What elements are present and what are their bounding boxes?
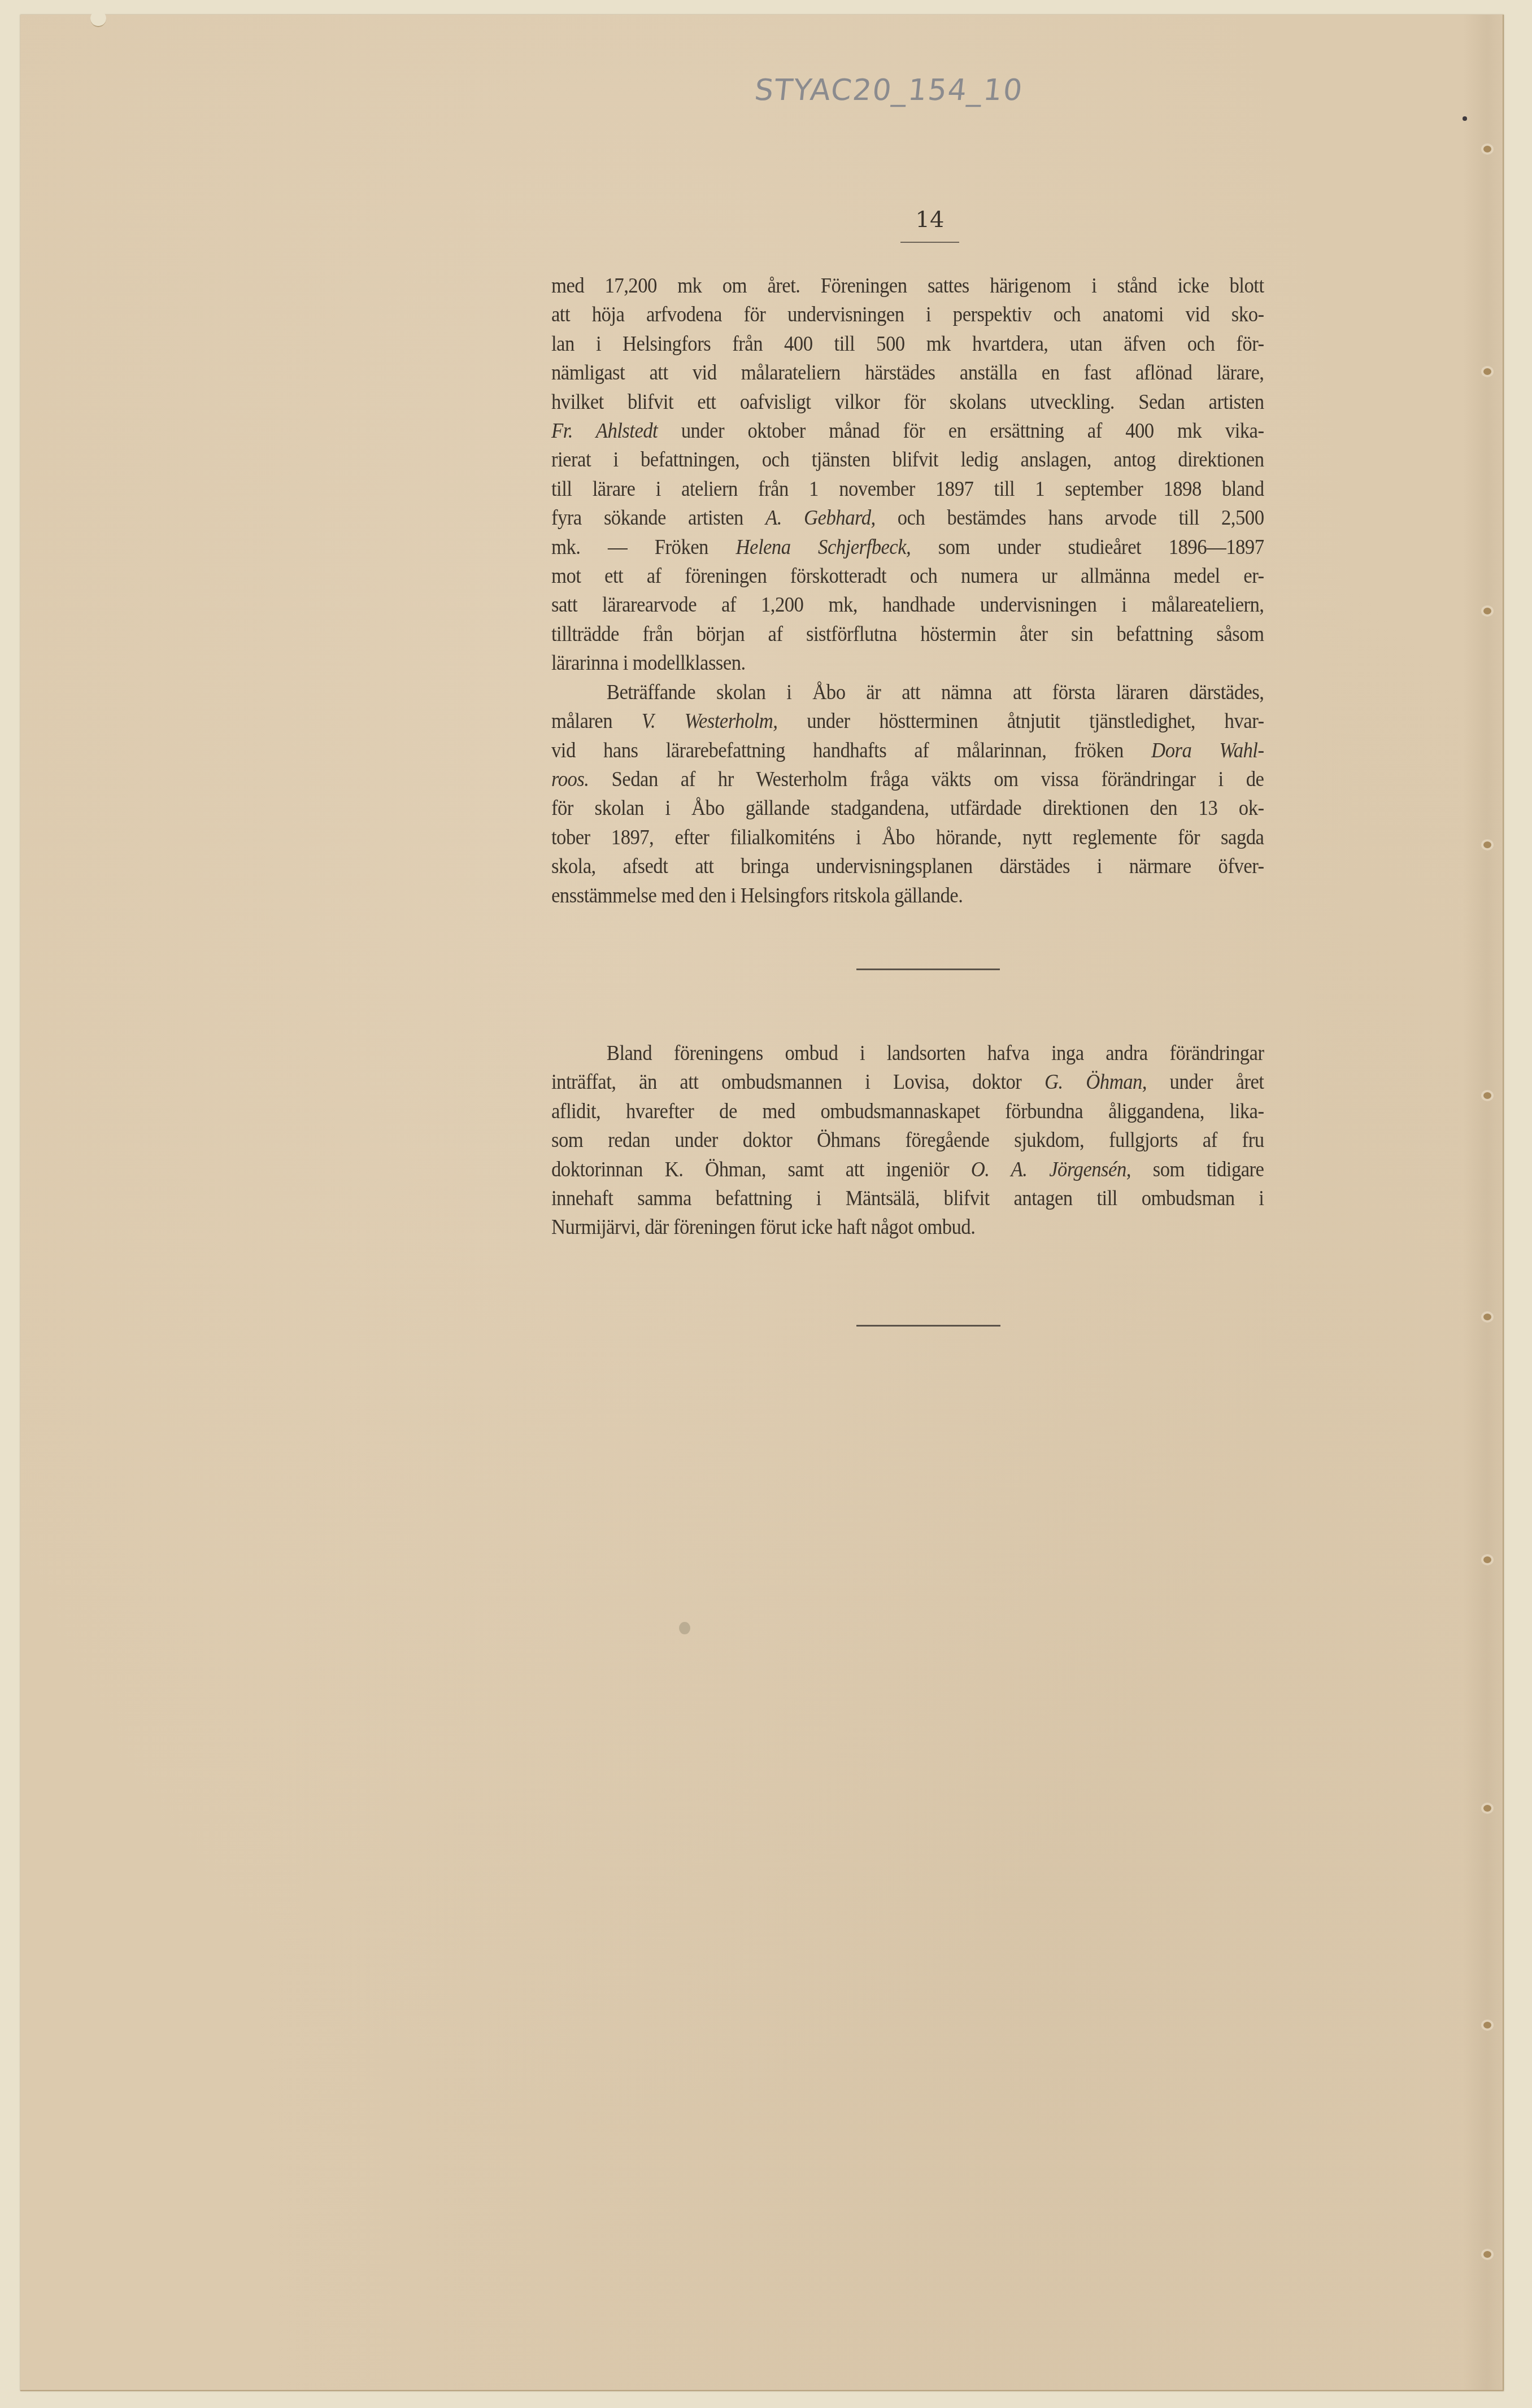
- text-run: att höja arfvodena för undervisningen i …: [551, 303, 1264, 326]
- stitch-hole: [1483, 1092, 1491, 1099]
- text-run: under oktober månad för en ersättning af…: [658, 420, 1264, 443]
- text-run: till lärare i ateliern från 1 november 1…: [551, 478, 1264, 501]
- paper-stain-spot: [679, 1622, 690, 1634]
- text-section-representatives: Bland föreningens ombud i landsorten haf…: [551, 1039, 1264, 1242]
- text-run: nämligast att vid målarateliern härstäde…: [551, 361, 1264, 385]
- top-edge-tear: [90, 10, 106, 27]
- text-run: satt lärarearvode af 1,200 mk, handhade …: [551, 594, 1264, 617]
- text-line: tober 1897, efter filialkomiténs i Åbo h…: [551, 823, 1264, 852]
- stitch-hole: [1483, 2022, 1491, 2029]
- text-line: med 17,200 mk om året. Föreningen sattes…: [551, 272, 1264, 300]
- ink-dot: [1463, 116, 1467, 121]
- text-line: vid hans lärarebefattning handhafts af m…: [551, 736, 1264, 765]
- text-line: mot ett af föreningen förskotteradt och …: [551, 562, 1264, 591]
- text-line: innehaft samma befattning i Mäntsälä, bl…: [551, 1184, 1264, 1213]
- text-line: Bland föreningens ombud i landsorten haf…: [551, 1039, 1264, 1068]
- stitch-hole: [1483, 1805, 1491, 1812]
- text-run: vid hans lärarebefattning handhafts af m…: [551, 739, 1151, 762]
- stitch-hole: [1483, 2251, 1491, 2258]
- text-section-schools: med 17,200 mk om året. Föreningen sattes…: [551, 272, 1264, 910]
- text-run: Nurmijärvi, där föreningen förut icke ha…: [551, 1216, 975, 1239]
- text-line: ensstämmelse med den i Helsingfors ritsk…: [551, 882, 1264, 910]
- text-line: satt lärarearvode af 1,200 mk, handhade …: [551, 591, 1264, 620]
- archive-reference-mark: STYAC20_154_10: [753, 73, 1025, 107]
- text-run: lärarinna i modellklassen.: [551, 652, 746, 675]
- text-run: lan i Helsingfors från 400 till 500 mk h…: [551, 333, 1264, 356]
- text-run: skola, afsedt att bringa undervisningspl…: [551, 855, 1264, 878]
- text-line: som redan under doktor Öhmans föregående…: [551, 1126, 1264, 1155]
- text-line: fyra sökande artisten A. Gebhard, och be…: [551, 504, 1264, 533]
- text-line: rierat i befattningen, och tjänsten blif…: [551, 446, 1264, 474]
- text-run: innehaft samma befattning i Mäntsälä, bl…: [551, 1187, 1264, 1210]
- text-line: lan i Helsingfors från 400 till 500 mk h…: [551, 330, 1264, 359]
- italic-name-run: G. Öhman,: [1044, 1071, 1147, 1094]
- italic-name-run: A. Gebhard,: [765, 507, 876, 530]
- text-run: med 17,200 mk om året. Föreningen sattes…: [551, 274, 1264, 298]
- text-run: doktorinnan K. Öhman, samt att ingeniör: [551, 1158, 971, 1181]
- text-line: lärarinna i modellklassen.: [551, 649, 1264, 678]
- text-line: skola, afsedt att bringa undervisningspl…: [551, 852, 1264, 881]
- text-run: under året: [1147, 1071, 1264, 1094]
- text-run: under höstterminen åtnjutit tjänstledigh…: [778, 710, 1264, 733]
- text-run: mk. — Fröken: [551, 536, 735, 559]
- text-run: hvilket blifvit ett oafvisligt vilkor fö…: [551, 391, 1264, 414]
- text-line: Beträffande skolan i Åbo är att nämna at…: [551, 678, 1264, 707]
- text-line: att höja arfvodena för undervisningen i …: [551, 300, 1264, 329]
- text-line: mk. — Fröken Helena Schjerfbeck, som und…: [551, 533, 1264, 562]
- italic-name-run: Helena Schjerfbeck,: [735, 536, 911, 559]
- text-run: för skolan i Åbo gällande stadgandena, u…: [551, 797, 1264, 820]
- text-run: som under studieåret 1896—1897: [911, 536, 1264, 559]
- text-line: hvilket blifvit ett oafvisligt vilkor fö…: [551, 388, 1264, 417]
- section-separator-rule: [856, 969, 1000, 970]
- text-line: inträffat, än att ombudsmannen i Lovisa,…: [551, 1068, 1264, 1097]
- binding-fold-shadow: [1463, 15, 1503, 2390]
- page-number: 14: [902, 207, 958, 233]
- text-run: rierat i befattningen, och tjänsten blif…: [551, 448, 1264, 472]
- text-run: Bland föreningens ombud i landsorten haf…: [607, 1042, 1264, 1065]
- italic-name-run: roos.: [551, 768, 589, 791]
- text-line: Fr. Ahlstedt under oktober månad för en …: [551, 417, 1264, 446]
- text-run: Sedan af hr Westerholm fråga väkts om vi…: [589, 768, 1264, 791]
- text-run: ensstämmelse med den i Helsingfors ritsk…: [551, 884, 963, 908]
- text-run: aflidit, hvarefter de med ombudsmannaska…: [551, 1100, 1264, 1123]
- text-line: aflidit, hvarefter de med ombudsmannaska…: [551, 1097, 1264, 1126]
- text-run: tober 1897, efter filialkomiténs i Åbo h…: [551, 826, 1264, 849]
- stitch-hole: [1483, 841, 1491, 848]
- text-run: målaren: [551, 710, 642, 733]
- italic-name-run: Dora Wahl-: [1151, 739, 1264, 762]
- stitch-hole: [1483, 1556, 1491, 1563]
- stitch-hole: [1483, 608, 1491, 614]
- text-line: roos. Sedan af hr Westerholm fråga väkts…: [551, 765, 1264, 794]
- text-run: mot ett af föreningen förskotteradt och …: [551, 565, 1264, 588]
- text-run: och bestämdes hans arvode till 2,500: [876, 507, 1264, 530]
- text-line: Nurmijärvi, där föreningen förut icke ha…: [551, 1213, 1264, 1242]
- text-run: inträffat, än att ombudsmannen i Lovisa,…: [551, 1071, 1044, 1094]
- text-run: tillträdde från början af sistförflutna …: [551, 623, 1264, 646]
- text-run: som tidigare: [1131, 1158, 1264, 1181]
- text-line: för skolan i Åbo gällande stadgandena, u…: [551, 794, 1264, 823]
- text-run: Beträffande skolan i Åbo är att nämna at…: [607, 681, 1264, 704]
- stitch-hole: [1483, 1314, 1491, 1320]
- text-line: till lärare i ateliern från 1 november 1…: [551, 475, 1264, 504]
- end-separator-rule: [856, 1325, 1000, 1327]
- italic-name-run: O. A. Jörgensén,: [971, 1158, 1131, 1181]
- text-line: doktorinnan K. Öhman, samt att ingeniör …: [551, 1155, 1264, 1184]
- italic-name-run: V. Westerholm,: [642, 710, 778, 733]
- text-line: tillträdde från början af sistförflutna …: [551, 620, 1264, 649]
- document-page: STYAC20_154_10 14 med 17,200 mk om året.…: [20, 15, 1504, 2391]
- italic-name-run: Fr. Ahlstedt: [551, 420, 658, 443]
- text-run: som redan under doktor Öhmans föregående…: [551, 1129, 1264, 1152]
- text-run: fyra sökande artisten: [551, 507, 765, 530]
- stitch-hole: [1483, 368, 1491, 375]
- text-line: målaren V. Westerholm, under hösttermine…: [551, 707, 1264, 736]
- stitch-hole: [1483, 146, 1491, 152]
- page-number-underline: [900, 242, 959, 243]
- text-line: nämligast att vid målarateliern härstäde…: [551, 359, 1264, 387]
